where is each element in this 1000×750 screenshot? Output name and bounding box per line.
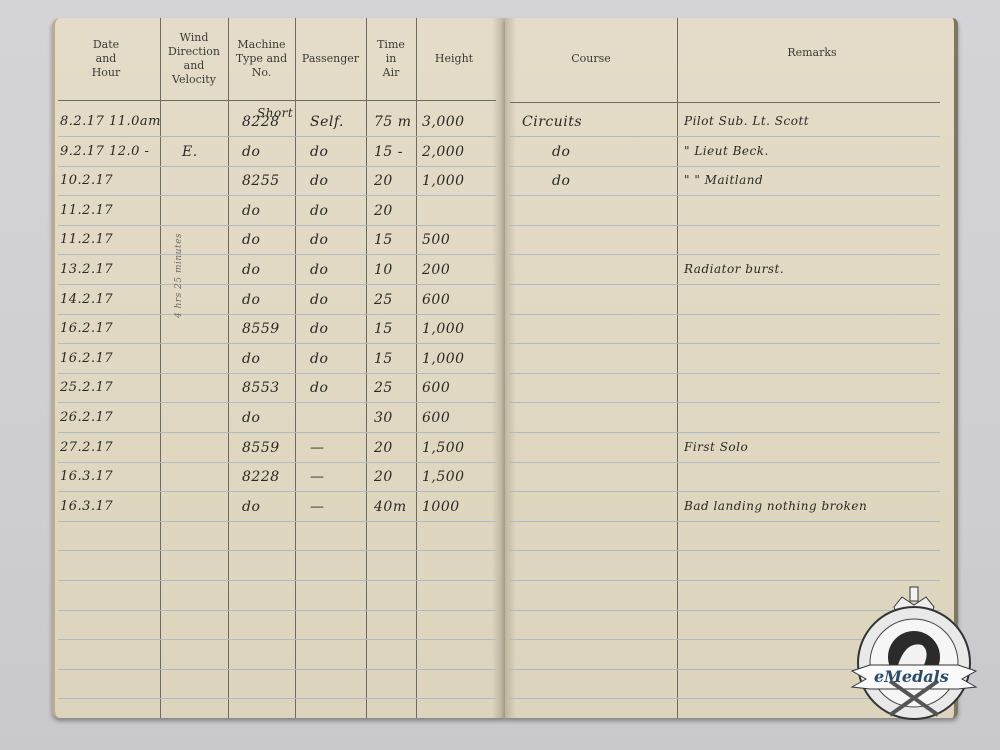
log-machine-cell: do (242, 499, 260, 515)
log-passenger-cell: do (310, 292, 328, 308)
ruled-line (58, 521, 496, 522)
header-rule (510, 102, 940, 103)
log-height-cell: 1,500 (422, 440, 465, 456)
column-divider (677, 18, 678, 718)
log-time-cell: 20 (374, 203, 393, 219)
log-date-cell: 14.2.17 (60, 292, 113, 307)
emedals-watermark: eMedals (850, 585, 978, 725)
log-remarks-cell: " " Maitland (684, 173, 763, 187)
emedals-badge-icon (850, 585, 978, 725)
log-machine-cell: 8559 (242, 321, 280, 337)
log-date-cell: 11.2.17 (60, 203, 113, 218)
log-date-cell: 16.3.17 (60, 469, 113, 484)
log-machine-cell: do (242, 292, 260, 308)
log-passenger-cell: — (310, 469, 325, 485)
header-machine: Machine Type and No. (228, 18, 295, 100)
log-height-cell: 1000 (422, 499, 460, 515)
header-time: Time in Air (366, 18, 416, 100)
log-time-cell: 15 (374, 351, 393, 367)
book-gutter (492, 18, 516, 718)
log-date-cell: 16.2.17 (60, 321, 113, 336)
ruled-line (58, 373, 496, 374)
brand-name: eMedals (874, 667, 949, 686)
ruled-line (510, 254, 940, 255)
ruled-line (510, 550, 940, 551)
ruled-line (510, 432, 940, 433)
margin-note: 4 hrs 25 minutes (174, 233, 184, 318)
log-wind-cell: E. (182, 144, 198, 160)
log-time-cell: 10 (374, 262, 393, 278)
log-time-cell: 25 (374, 380, 393, 396)
log-passenger-cell: do (310, 380, 328, 396)
ruled-line (58, 402, 496, 403)
log-height-cell: 600 (422, 292, 450, 308)
log-passenger-cell: — (310, 440, 325, 456)
ruled-line (58, 610, 496, 611)
ruled-line (58, 343, 496, 344)
log-machine-cell: 8255 (242, 173, 280, 189)
log-time-cell: 15 (374, 232, 393, 248)
log-height-cell: 600 (422, 410, 450, 426)
ruled-line (510, 580, 940, 581)
log-passenger-cell: do (310, 203, 328, 219)
log-height-cell: 1,000 (422, 321, 465, 337)
ruled-line (510, 491, 940, 492)
log-machine-cell: do (242, 232, 260, 248)
log-height-cell: 1,500 (422, 469, 465, 485)
header-passenger: Passenger (295, 18, 366, 100)
log-machine-cell: 8228 (242, 469, 280, 485)
column-divider (366, 18, 367, 718)
log-passenger-cell: Self. (310, 114, 344, 130)
machine-type-note: Short (257, 106, 293, 120)
log-remarks-cell: Radiator burst. (684, 262, 784, 276)
ruled-line (58, 550, 496, 551)
log-height-cell: 1,000 (422, 173, 465, 189)
log-passenger-cell: do (310, 321, 328, 337)
ruled-line (58, 225, 496, 226)
log-time-cell: 15 - (374, 144, 403, 160)
ruled-line (510, 343, 940, 344)
ruled-line (510, 195, 940, 196)
ruled-line (58, 639, 496, 640)
log-height-cell: 3,000 (422, 114, 465, 130)
column-divider (416, 18, 417, 718)
header-date: Date and Hour (52, 18, 160, 100)
ruled-line (510, 284, 940, 285)
log-machine-cell: do (242, 144, 260, 160)
log-machine-cell: do (242, 410, 260, 426)
log-time-cell: 40m (374, 499, 407, 515)
log-date-cell: 16.3.17 (60, 499, 113, 514)
ruled-line (510, 314, 940, 315)
log-machine-cell: do (242, 203, 260, 219)
log-remarks-cell: First Solo (684, 440, 748, 454)
log-height-cell: 500 (422, 232, 450, 248)
ruled-line (58, 580, 496, 581)
ruled-line (58, 432, 496, 433)
log-course-cell: do (552, 173, 570, 189)
log-time-cell: 20 (374, 440, 393, 456)
ruled-line (510, 402, 940, 403)
log-book: Date and Hour Wind Direction and Velocit… (52, 18, 958, 718)
log-date-cell: 25.2.17 (60, 380, 113, 395)
ruled-line (58, 491, 496, 492)
log-height-cell: 600 (422, 380, 450, 396)
log-passenger-cell: do (310, 262, 328, 278)
ruled-line (58, 254, 496, 255)
ruled-line (58, 669, 496, 670)
header-remarks: Remarks (677, 12, 947, 94)
log-height-cell: 200 (422, 262, 450, 278)
log-remarks-cell: " Lieut Beck. (684, 144, 769, 158)
log-date-cell: 11.2.17 (60, 232, 113, 247)
log-height-cell: 2,000 (422, 144, 465, 160)
log-passenger-cell: do (310, 173, 328, 189)
log-course-cell: Circuits (522, 114, 582, 130)
log-time-cell: 75 m (374, 114, 412, 130)
log-passenger-cell: do (310, 232, 328, 248)
ruled-line (58, 166, 496, 167)
log-passenger-cell: — (310, 499, 325, 515)
log-machine-cell: do (242, 351, 260, 367)
column-divider (295, 18, 296, 718)
log-date-cell: 10.2.17 (60, 173, 113, 188)
ruled-line (510, 373, 940, 374)
ruled-line (58, 195, 496, 196)
ruled-line (510, 462, 940, 463)
log-height-cell: 1,000 (422, 351, 465, 367)
log-date-cell: 26.2.17 (60, 410, 113, 425)
log-date-cell: 16.2.17 (60, 351, 113, 366)
ruled-line (58, 136, 496, 137)
log-time-cell: 30 (374, 410, 393, 426)
header-course: Course (505, 18, 677, 100)
ruled-line (58, 462, 496, 463)
ruled-line (58, 698, 496, 699)
column-divider (228, 18, 229, 718)
log-remarks-cell: Bad landing nothing broken (684, 499, 867, 513)
log-course-cell: do (552, 144, 570, 160)
log-date-cell: 13.2.17 (60, 262, 113, 277)
ruled-line (510, 521, 940, 522)
ruled-line (510, 136, 940, 137)
log-time-cell: 25 (374, 292, 393, 308)
log-machine-cell: 8553 (242, 380, 280, 396)
log-date-cell: 8.2.17 11.0am (60, 114, 161, 129)
log-time-cell: 15 (374, 321, 393, 337)
log-date-cell: 27.2.17 (60, 440, 113, 455)
ruled-line (510, 225, 940, 226)
ruled-line (510, 166, 940, 167)
ruled-line (58, 314, 496, 315)
log-date-cell: 9.2.17 12.0 - (60, 144, 149, 159)
log-machine-cell: do (242, 262, 260, 278)
header-wind: Wind Direction and Velocity (160, 18, 228, 100)
log-time-cell: 20 (374, 173, 393, 189)
log-time-cell: 20 (374, 469, 393, 485)
header-rule (58, 100, 496, 101)
log-machine-cell: 8559 (242, 440, 280, 456)
log-passenger-cell: do (310, 144, 328, 160)
header-height: Height (416, 18, 492, 100)
ruled-line (58, 284, 496, 285)
log-passenger-cell: do (310, 351, 328, 367)
log-remarks-cell: Pilot Sub. Lt. Scott (684, 114, 809, 128)
